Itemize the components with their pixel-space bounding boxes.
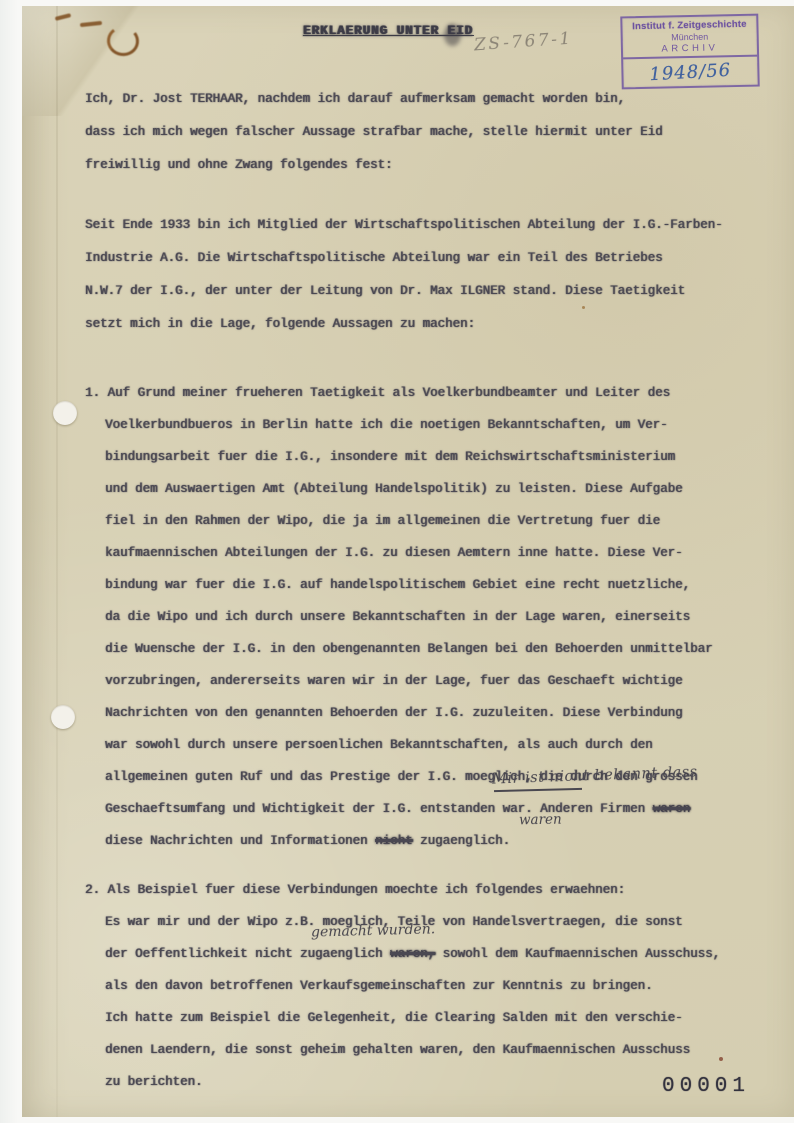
bates-page-number: 00001 bbox=[662, 1075, 750, 1098]
document-title: ERKLAERUNG UNTER EID bbox=[303, 24, 473, 38]
typed-line-with-correction: diese Nachrichten und Informationen nich… bbox=[85, 825, 765, 857]
typed-line: Industrie A.G. Die Wirtschaftspolitische… bbox=[85, 242, 765, 275]
typed-line: war sowohl durch unsere persoenlichen Be… bbox=[85, 729, 765, 761]
typed-line: dass ich mich wegen falscher Aussage str… bbox=[85, 116, 765, 149]
typed-line: da die Wipo und ich durch unsere Bekannt… bbox=[85, 601, 765, 633]
typed-line-with-correction: der Oeffentlichkeit nicht zugaenglich wa… bbox=[85, 938, 765, 970]
punch-hole-top bbox=[53, 401, 77, 425]
paper-sheet: ERKLAERUNG UNTER EID ZS-767-1 Institut f… bbox=[22, 6, 794, 1117]
typed-line: 1. Auf Grund meiner frueheren Taetigkeit… bbox=[85, 377, 765, 409]
typed-text: diese Nachrichten und Informationen bbox=[105, 834, 375, 848]
stamp-archive-label: ARCHIV bbox=[625, 42, 755, 56]
typed-line: freiwillig und ohne Zwang folgendes fest… bbox=[85, 149, 765, 182]
archive-stamp: Institut f. Zeitgeschichte München ARCHI… bbox=[620, 14, 759, 90]
typed-line: N.W.7 der I.G., der unter der Leitung vo… bbox=[85, 275, 765, 308]
typed-line: Seit Ende 1933 bin ich Mitglied der Wirt… bbox=[85, 209, 765, 242]
typed-text: Geschaeftsumfang und Wichtigkeit der I.G… bbox=[105, 802, 653, 816]
typed-line: fiel in den Rahmen der Wipo, die ja im a… bbox=[85, 505, 765, 537]
typed-text: sowohl dem Kaufmaennischen Ausschuss, bbox=[435, 947, 720, 961]
stamp-handwritten-number: 1948/56 bbox=[649, 59, 732, 85]
typed-line: Voelkerbundbueros in Berlin hatte ich di… bbox=[85, 409, 765, 441]
archive-reference-pencil: ZS-767-1 bbox=[473, 29, 573, 56]
struck-word: waren, bbox=[390, 947, 435, 961]
background-paragraph: Seit Ende 1933 bin ich Mitglied der Wirt… bbox=[85, 209, 765, 341]
typed-line: Ich hatte zum Beispiel die Gelegenheit, … bbox=[85, 1002, 765, 1034]
typed-line: 2. Als Beispiel fuer diese Verbindungen … bbox=[85, 874, 765, 906]
vertical-crease bbox=[56, 6, 58, 1117]
typed-text: der Oeffentlichkeit nicht zugaenglich bbox=[105, 947, 390, 961]
typed-line: vorzubringen, andererseits waren wir in … bbox=[85, 665, 765, 697]
struck-word: waren bbox=[653, 802, 691, 816]
typed-line: bindungsarbeit fuer die I.G., insondere … bbox=[85, 441, 765, 473]
intro-paragraph: Ich, Dr. Jost TERHAAR, nachdem ich darau… bbox=[85, 83, 765, 182]
typed-line: kaufmaennischen Abteilungen der I.G. zu … bbox=[85, 537, 765, 569]
struck-word: nicht bbox=[375, 834, 413, 848]
handwritten-word-waren: waren bbox=[519, 812, 562, 829]
numbered-item-1: 1. Auf Grund meiner frueheren Taetigkeit… bbox=[85, 377, 765, 857]
typed-line: die Wuensche der I.G. in den obengenannt… bbox=[85, 633, 765, 665]
punch-hole-bottom bbox=[51, 705, 75, 729]
scanned-document: { "document": { "title": "ERKLAERUNG UNT… bbox=[0, 0, 794, 1123]
typed-line: als den davon betroffenen Verkaufsgemein… bbox=[85, 970, 765, 1002]
typed-line-with-correction: Geschaeftsumfang und Wichtigkeit der I.G… bbox=[85, 793, 765, 825]
typed-text: zugaenglich. bbox=[413, 834, 511, 848]
typed-line: Nachrichten von den genannten Behoerden … bbox=[85, 697, 765, 729]
typed-line: setzt mich in die Lage, folgende Aussage… bbox=[85, 308, 765, 341]
handwritten-correction-item2: gemacht wurden. bbox=[311, 921, 436, 940]
typed-line: bindung war fuer die I.G. auf handelspol… bbox=[85, 569, 765, 601]
numbered-item-2: 2. Als Beispiel fuer diese Verbindungen … bbox=[85, 874, 765, 1098]
typed-line: Ich, Dr. Jost TERHAAR, nachdem ich darau… bbox=[85, 83, 765, 116]
typed-line: denen Laendern, die sonst geheim gehalte… bbox=[85, 1034, 765, 1066]
stamp-header: Institut f. Zeitgeschichte München ARCHI… bbox=[622, 16, 757, 60]
typed-line: und dem Auswaertigen Amt (Abteilung Hand… bbox=[85, 473, 765, 505]
